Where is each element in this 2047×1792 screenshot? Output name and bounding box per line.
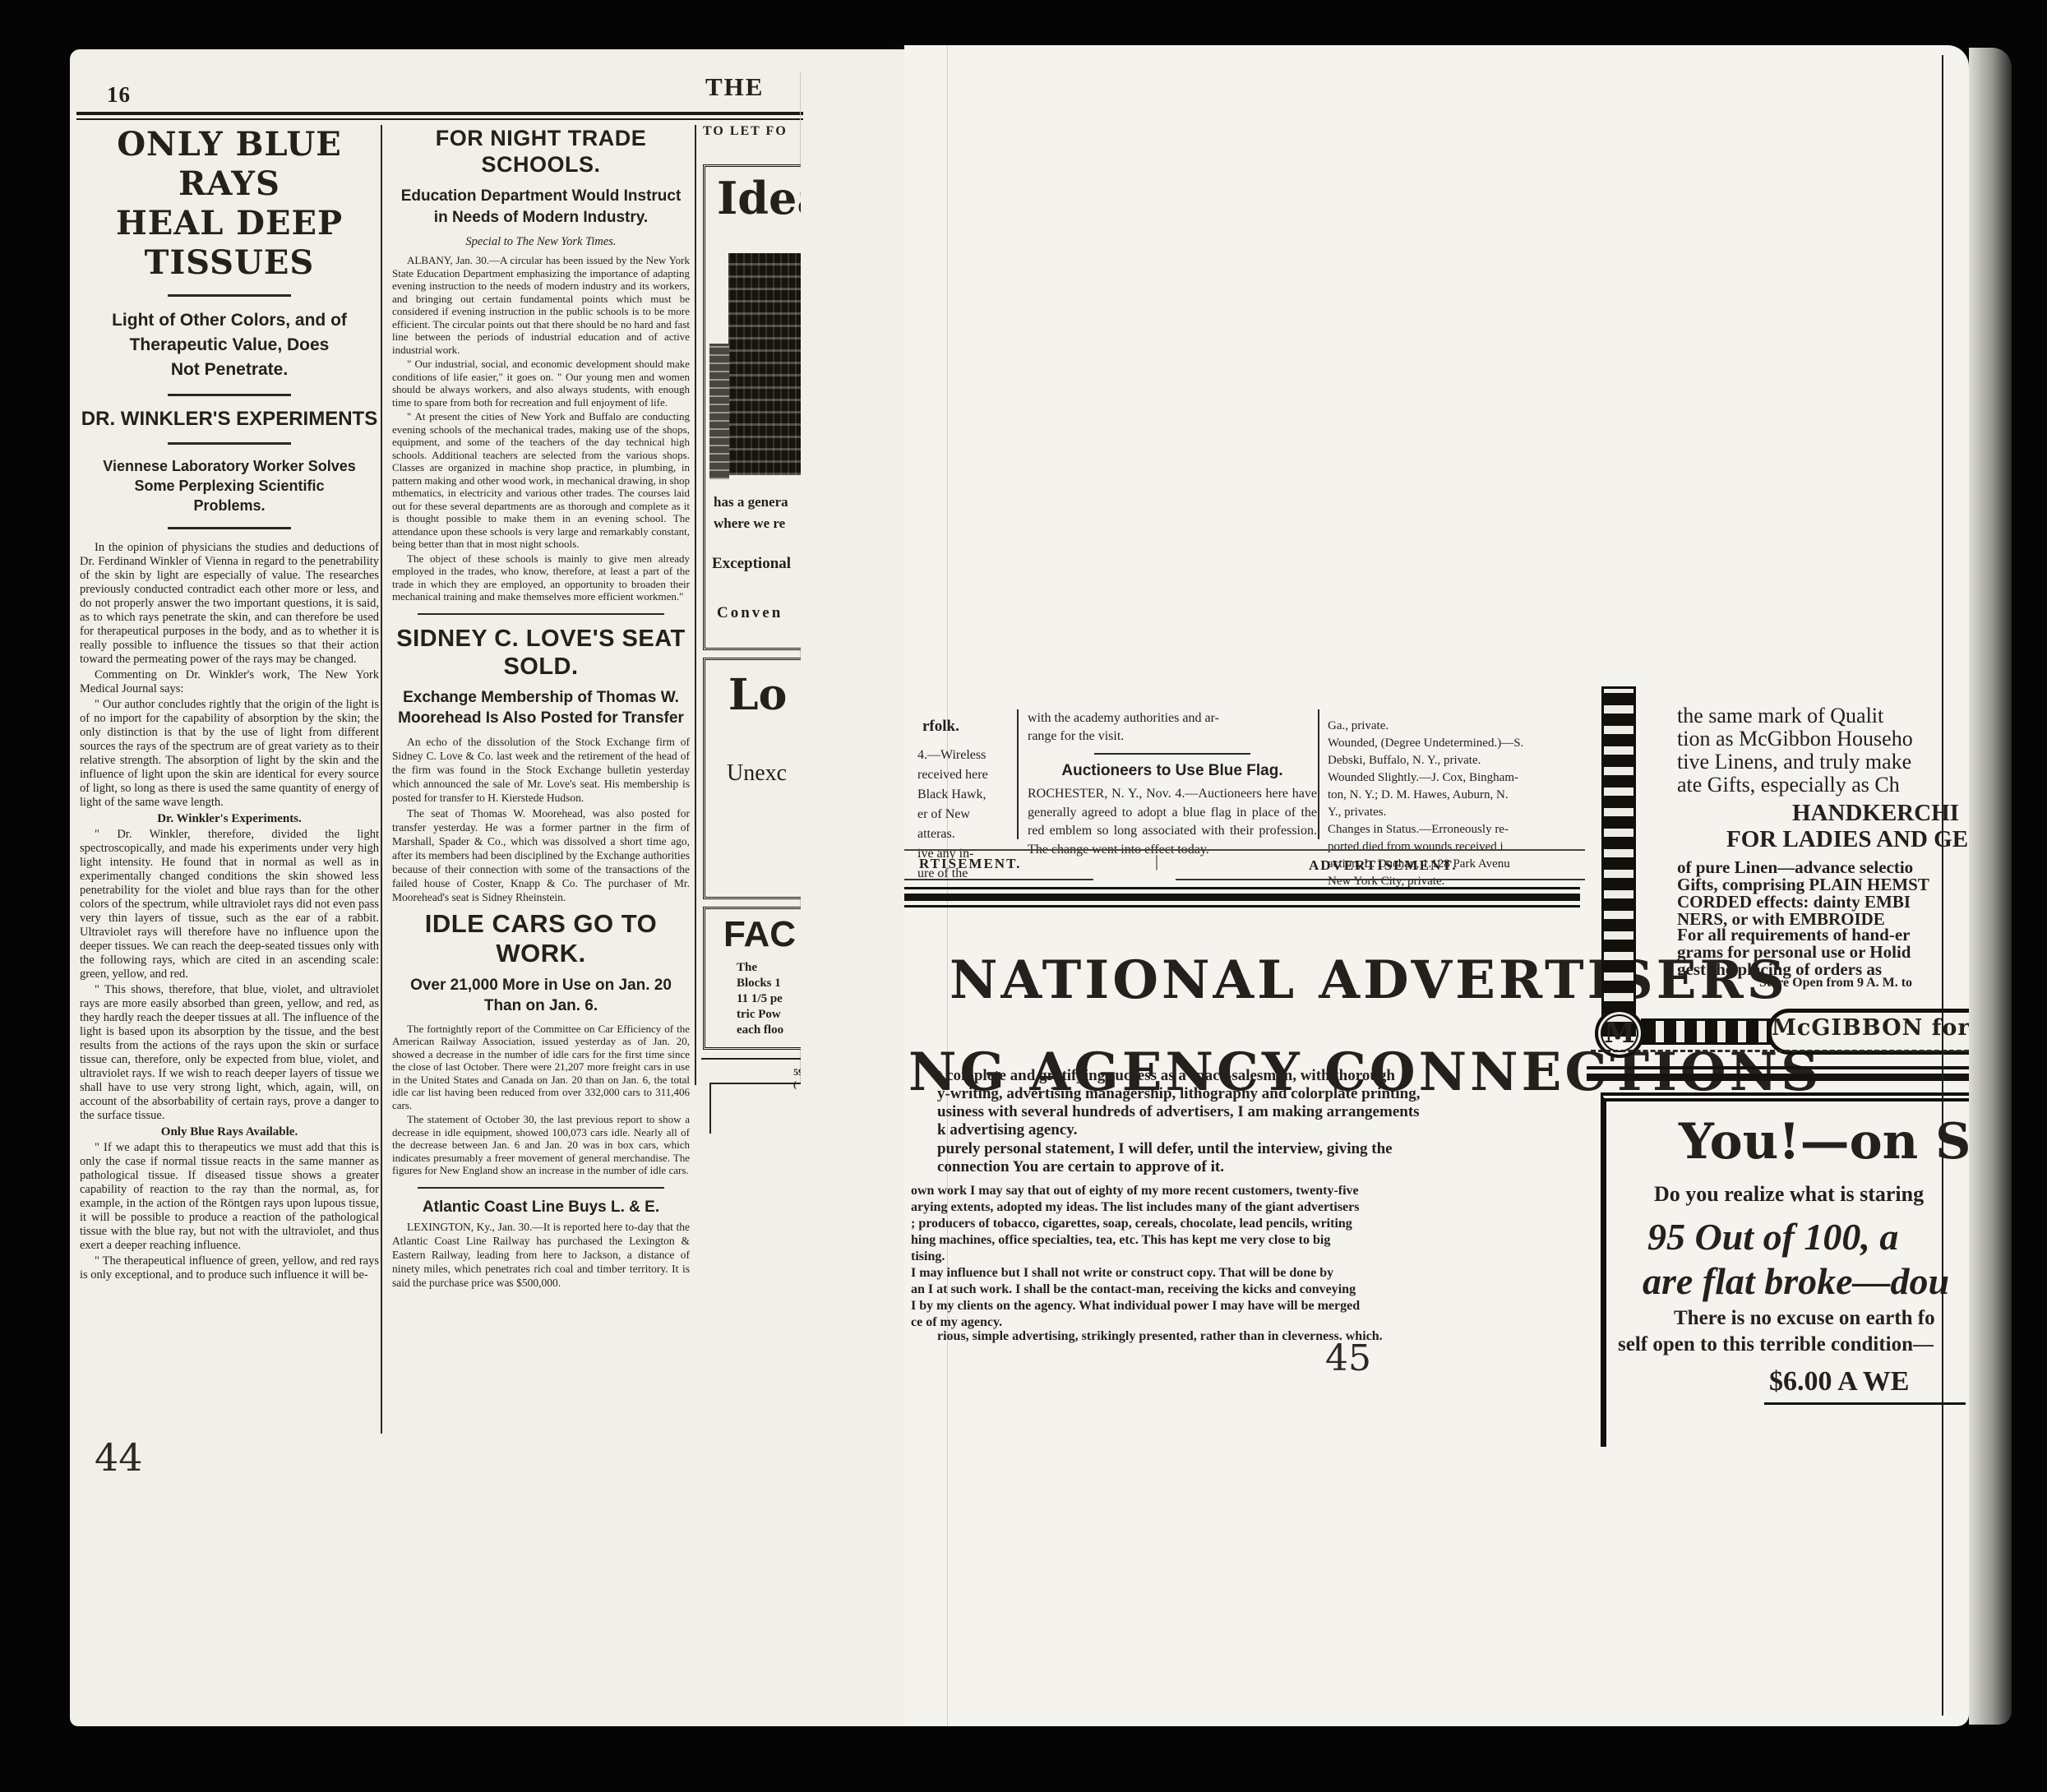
ad-text-line: Blocks 1 xyxy=(737,976,783,991)
ad-text-line: Unexc xyxy=(727,760,787,787)
factory-ad-box: FAC TheBlocks 111 1/5 petric Poweach flo… xyxy=(703,907,801,1050)
divider-rule xyxy=(168,527,291,529)
divider-rule xyxy=(168,394,291,396)
paragraph: " At present the cities of New York and … xyxy=(392,410,690,551)
ad-body-line: I by my clients on the agency. What indi… xyxy=(911,1298,1360,1314)
album-page-number: 45 xyxy=(1325,1337,1371,1379)
article-deck: Education Department Would Instructin Ne… xyxy=(392,186,690,229)
ad-text-line: For all requirements of hand-er xyxy=(1677,926,1911,944)
ad-text-line: The xyxy=(737,960,783,976)
article-subhead: DR. WINKLER'S EXPERIMENTS xyxy=(80,408,379,431)
paragraph: " If we adapt this to therapeutics we mu… xyxy=(80,1141,379,1253)
big-ad-headline: NATIONAL ADVERTISERS xyxy=(950,949,1788,1011)
article-column-2: FOR NIGHT TRADE SCHOOLS. Education Depar… xyxy=(392,125,690,1440)
article-only-blue-rays: ONLY BLUE RAYS HEAL DEEP TISSUES Light o… xyxy=(80,125,379,1440)
deck-line: Education Department Would Instruct xyxy=(392,186,690,207)
ad-body-line: an I at such work. I shall be the contac… xyxy=(911,1282,1360,1298)
linen-ad-text: the same mark of Qualittion as McGibbon … xyxy=(1677,704,1913,797)
paragraph: The statement of October 30, the last pr… xyxy=(392,1113,690,1177)
chain-border-horizontal xyxy=(1641,1018,1771,1045)
article-credit: Special to The New York Times. xyxy=(392,235,690,249)
deck-line: Not Penetrate. xyxy=(80,358,379,382)
article-headline: Atlantic Coast Line Buys L. & E. xyxy=(392,1199,690,1217)
clip-line: atteras. xyxy=(917,824,988,844)
album-left-page: 16 THE ONLY BLUE RAYS HEAL DEEP TISSUES … xyxy=(70,49,904,1726)
clip-line: Debski, Buffalo, N. Y., private. xyxy=(1328,752,1592,769)
clip-line: er of New xyxy=(917,805,988,824)
horizontal-rule xyxy=(904,849,1585,851)
you-ad-box: You!—on S Do you realize what is staring… xyxy=(1601,1092,1969,1447)
ideal-ad-box: Idea has a genera where we re C Exceptio… xyxy=(703,164,801,650)
building-illustration xyxy=(728,253,801,475)
ad-title: FAC xyxy=(723,914,796,955)
paragraph: The fortnightly report of the Committee … xyxy=(392,1023,690,1112)
loft-ad-box: Lo Unexc xyxy=(703,658,801,899)
paragraph: Commenting on Dr. Winkler's work, The Ne… xyxy=(80,668,379,696)
dashed-rule xyxy=(1591,1050,1969,1052)
chain-border-vertical xyxy=(1601,686,1636,1037)
subdeck-line: Problems. xyxy=(80,496,379,515)
clip-line: Ga., private. xyxy=(1328,718,1592,735)
linen-ad-heading: HANDKERCHI xyxy=(1792,800,1959,827)
article-body: LEXINGTON, Ky., Jan. 30.—It is reported … xyxy=(392,1220,690,1290)
paragraph: The object of these schools is mainly to… xyxy=(392,552,690,603)
masthead-rule xyxy=(76,112,803,115)
article-headline: FOR NIGHT TRADE SCHOOLS. xyxy=(392,125,690,178)
paragraph: " Dr. Winkler, therefore, divided the li… xyxy=(80,828,379,981)
ad-text-line: Conven xyxy=(717,604,783,622)
linen-ad-heading: FOR LADIES AND GE xyxy=(1726,826,1968,853)
article-body: ALBANY, Jan. 30.—A circular has been iss… xyxy=(392,254,690,603)
fold-crease xyxy=(947,45,948,1726)
ad-body-line: t complete and gratifying success as a s… xyxy=(937,1067,1420,1085)
clip-line: with the academy authorities and ar- xyxy=(1028,709,1317,727)
clip-line: range for the visit. xyxy=(1028,727,1317,746)
ad-body-line: hing machines, office specialties, tea, … xyxy=(911,1232,1360,1249)
ad-text-line: tive Linens, and truly make xyxy=(1677,751,1913,774)
clip-line: Y., privates. xyxy=(1328,804,1592,821)
big-ad-closing-line: rious, simple advertising, strikingly pr… xyxy=(937,1329,1383,1344)
ad-text-line: of pure Linen—advance selectio xyxy=(1677,859,1929,876)
article-body: The fortnightly report of the Committee … xyxy=(392,1023,690,1177)
heavy-rule xyxy=(1587,1074,1969,1081)
heavy-rule xyxy=(904,905,1580,908)
advertisement-label: RTISEMENT. xyxy=(919,856,1021,872)
column-rule xyxy=(381,125,382,1434)
album-page-number: 44 xyxy=(95,1435,143,1480)
article-headline: SIDNEY C. LOVE'S SEAT SOLD. xyxy=(392,625,690,681)
article-deck: Light of Other Colors, and ofTherapeutic… xyxy=(80,308,379,382)
subdeck-line: Viennese Laboratory Worker Solves xyxy=(80,456,379,476)
advertisement-label: ADVERTISEMENT. xyxy=(1309,857,1458,874)
ad-text-line: CORDED effects: dainty EMBI xyxy=(1677,894,1929,911)
you-ad-line: There is no excuse on earth fo xyxy=(1674,1307,1935,1330)
paragraph: ALBANY, Jan. 30.—A circular has been iss… xyxy=(392,254,690,356)
crosshead: Dr. Winkler's Experiments. xyxy=(80,812,379,826)
big-ad-paragraph: own work I may say that out of eighty of… xyxy=(911,1183,1360,1331)
clipping-fragment-head: rfolk. xyxy=(922,718,959,736)
article-body: An echo of the dissolution of the Stock … xyxy=(392,735,690,904)
ad-body-line: ce of my agency. xyxy=(911,1314,1360,1331)
heavy-rule xyxy=(904,894,1580,901)
you-ad-line: Do you realize what is staring xyxy=(1654,1182,1924,1207)
ad-text-lines: TheBlocks 111 1/5 petric Poweach floo xyxy=(737,960,783,1038)
album-right-page: rfolk. 4.—Wirelessreceived hereBlack Haw… xyxy=(904,45,1969,1726)
clipping-blue-flag: with the academy authorities and ar-rang… xyxy=(1028,709,1317,859)
clipping-continuation: with the academy authorities and ar-rang… xyxy=(1028,709,1317,746)
horizontal-rule xyxy=(1176,879,1585,880)
label-divider: | xyxy=(1155,852,1158,871)
masthead-rule xyxy=(76,118,803,120)
ad-text-line: ate Gifts, especially as Ch xyxy=(1677,774,1913,797)
ad-body-line: connection You are certain to approve of… xyxy=(937,1158,1393,1176)
deck-line: in Needs of Modern Industry. xyxy=(392,207,690,229)
building-wing-illustration xyxy=(709,344,729,479)
price-underline xyxy=(1764,1402,1966,1405)
fragment-box xyxy=(709,1083,801,1134)
you-ad-line: self open to this terrible condition— xyxy=(1618,1333,1934,1356)
deck-line: Than on Jan. 6. xyxy=(392,995,690,1016)
heavy-rule xyxy=(904,887,1580,889)
scanned-book-spread: 16 THE ONLY BLUE RAYS HEAL DEEP TISSUES … xyxy=(0,0,2047,1792)
ad-title: Idea xyxy=(717,172,801,224)
ad-body-line: arying extents, adopted my ideas. The li… xyxy=(911,1199,1360,1216)
divider-rule xyxy=(168,294,291,297)
ad-body-line: k advertising agency. xyxy=(937,1121,1420,1139)
deck-line: Light of Other Colors, and of xyxy=(80,308,379,333)
clipping-body: ROCHESTER, N. Y., Nov. 4.—Auctioneers he… xyxy=(1028,785,1317,859)
deck-line: Over 21,000 More in Use on Jan. 20 xyxy=(392,975,690,995)
ad-text-line: has a genera xyxy=(714,494,788,510)
article-subdeck: Viennese Laboratory Worker SolvesSome Pe… xyxy=(80,456,379,515)
divider-rule xyxy=(1094,753,1250,755)
clipping-headline: Auctioneers to Use Blue Flag. xyxy=(1028,762,1317,780)
clipping-divider xyxy=(1318,709,1319,839)
deck-line: Therapeutic Value, Does xyxy=(80,333,379,358)
article-headline: IDLE CARS GO TO WORK. xyxy=(392,909,690,968)
divider-rule xyxy=(168,442,291,445)
clip-line: 4.—Wireless xyxy=(917,746,988,765)
fragment-rule xyxy=(701,1058,801,1060)
section-rule xyxy=(418,613,664,615)
paragraph: " Our industrial, social, and economic d… xyxy=(392,358,690,409)
clipping-divider xyxy=(1017,709,1019,839)
ad-text-line: where we re xyxy=(714,515,785,532)
ad-text-line: Gifts, comprising PLAIN HEMST xyxy=(1677,876,1929,894)
section-rule xyxy=(418,1187,664,1189)
ad-text-line: each floo xyxy=(737,1023,783,1038)
ad-body-line: tising. xyxy=(911,1249,1360,1265)
ad-body-line: I may influence but I shall not write or… xyxy=(911,1265,1360,1282)
book-page-stack-edge xyxy=(1969,48,2012,1725)
paragraph: In the opinion of physicians the studies… xyxy=(80,541,379,667)
ad-body-line: purely personal statement, I will defer,… xyxy=(937,1140,1393,1158)
linen-ad-text: of pure Linen—advance selectioGifts, com… xyxy=(1677,859,1929,928)
clip-line: ported died from wounds received i xyxy=(1328,838,1592,856)
paragraph: The seat of Thomas W. Moorehead, was als… xyxy=(392,806,690,904)
big-ad-paragraph: purely personal statement, I will defer,… xyxy=(937,1140,1393,1176)
heavy-rule xyxy=(1587,1066,1969,1069)
linen-ad-text: For all requirements of hand-ergrams for… xyxy=(1677,926,1911,978)
you-ad-price: $6.00 A WE xyxy=(1769,1366,1909,1397)
ad-text-line: Exceptional xyxy=(712,555,791,573)
clip-line: ton, N. Y.; D. M. Hawes, Auburn, N. xyxy=(1328,787,1592,804)
newspaper-page-number: 16 xyxy=(107,82,131,108)
ad-text-line: the same mark of Qualit xyxy=(1677,704,1913,727)
ad-body-line: ; producers of tobacco, cigarettes, soap… xyxy=(911,1216,1360,1232)
page-edge-line xyxy=(1942,55,1943,1716)
paragraph: " This shows, therefore, that blue, viol… xyxy=(80,983,379,1123)
ad-column-clipped: TO LET FO Idea has a genera where we re … xyxy=(701,119,801,1138)
clip-line: Wounded, (Degree Undetermined.)—S. xyxy=(1328,735,1592,752)
horizontal-rule xyxy=(904,879,1093,880)
you-ad-line: 95 Out of 100, a xyxy=(1647,1215,1898,1259)
clip-line: Changes in Status.—Erroneously re- xyxy=(1328,821,1592,838)
ad-body-line: usiness with several hundreds of adverti… xyxy=(937,1103,1420,1121)
newspaper-masthead: THE xyxy=(705,72,764,102)
ad-text-line: tion as McGibbon Househo xyxy=(1677,727,1913,751)
you-ad-line: are flat broke—dou xyxy=(1643,1259,1949,1303)
article-deck: Over 21,000 More in Use on Jan. 20Than o… xyxy=(392,975,690,1016)
crosshead: Only Blue Rays Available. xyxy=(80,1125,379,1139)
ad-body-line: y-writing, advertising managership, lith… xyxy=(937,1085,1420,1103)
you-ad-headline: You!—on S xyxy=(1679,1113,1969,1171)
paragraph: An echo of the dissolution of the Stock … xyxy=(392,735,690,805)
mcgibbon-banner: McGIBBON for QUA xyxy=(1767,1009,1969,1055)
deck-line: Moorehead Is Also Posted for Transfer xyxy=(392,708,690,728)
ad-text-line: 11 1/5 pe xyxy=(737,991,783,1007)
ad-text-line: tric Pow xyxy=(737,1007,783,1023)
to-let-label: TO LET FO xyxy=(703,124,788,139)
article-body: In the opinion of physicians the studies… xyxy=(80,541,379,1282)
paragraph: " The therapeutical influence of green, … xyxy=(80,1254,379,1282)
ad-body-line: own work I may say that out of eighty of… xyxy=(911,1183,1360,1199)
clip-line: Black Hawk, xyxy=(917,785,988,805)
article-headline: ONLY BLUE RAYS xyxy=(80,125,379,204)
clip-line: Wounded Slightly.—J. Cox, Bingham- xyxy=(1328,769,1592,787)
article-headline: HEAL DEEP TISSUES xyxy=(80,204,379,283)
ad-title: Lo xyxy=(728,670,787,720)
big-ad-paragraph: t complete and gratifying success as a s… xyxy=(937,1067,1420,1139)
store-hours-line: Store Open from 9 A. M. to xyxy=(1759,976,1912,991)
paragraph: " Our author concludes rightly that the … xyxy=(80,698,379,810)
clip-line: received here xyxy=(917,765,988,785)
column-rule xyxy=(695,125,696,1085)
ad-text-line: grams for personal use or Holid xyxy=(1677,944,1911,961)
subdeck-line: Some Perplexing Scientific xyxy=(80,476,379,496)
deck-line: Exchange Membership of Thomas W. xyxy=(392,687,690,708)
paragraph: LEXINGTON, Ky., Jan. 30.—It is reported … xyxy=(392,1220,690,1290)
article-deck: Exchange Membership of Thomas W.Moorehea… xyxy=(392,687,690,728)
